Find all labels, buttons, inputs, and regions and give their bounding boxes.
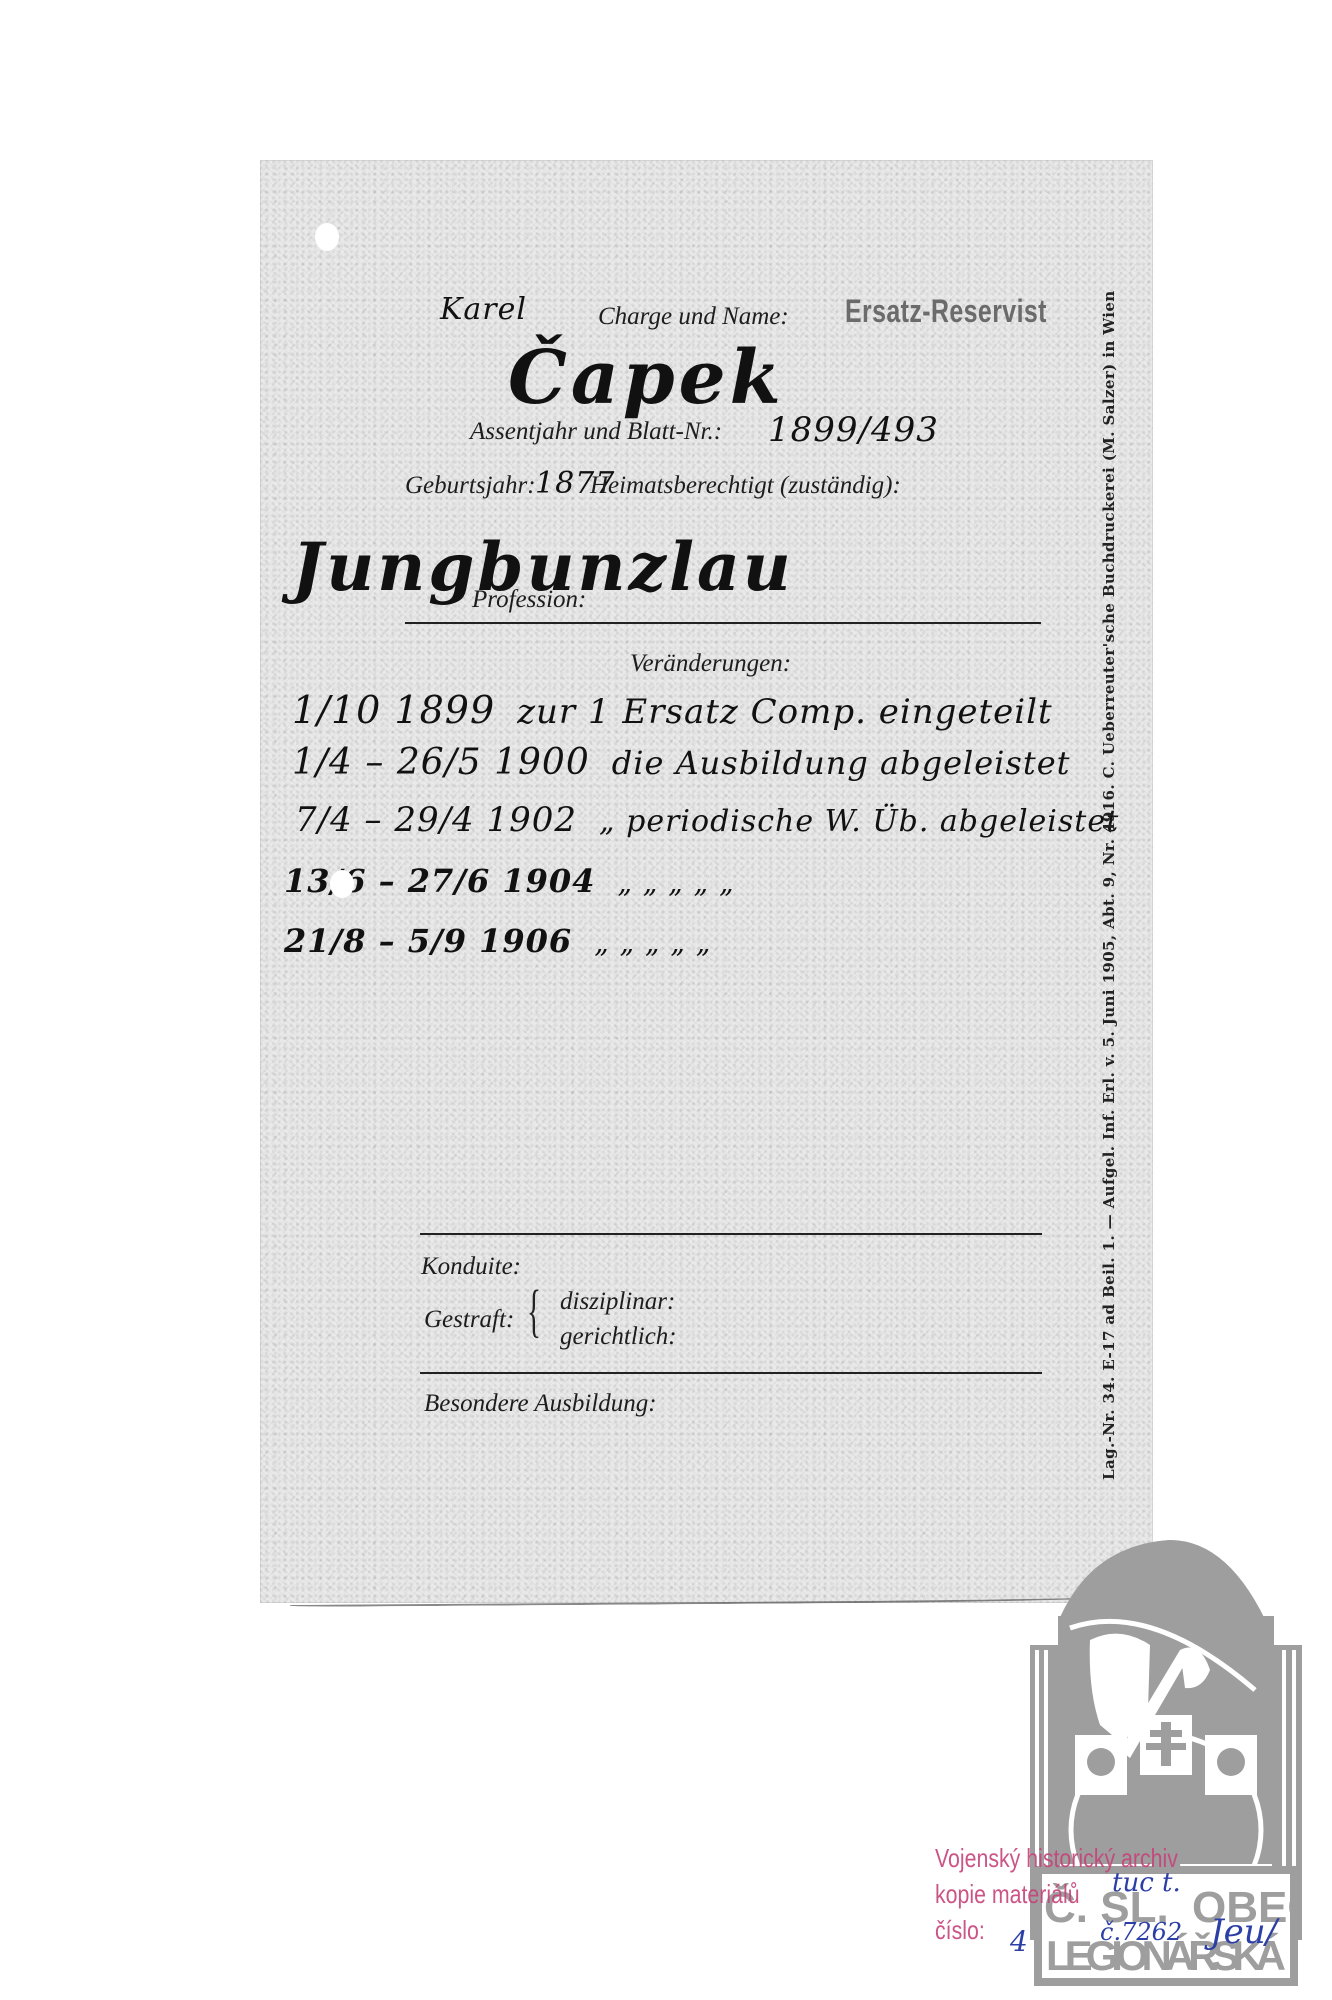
printer-note: Lag.-Nr. 34. E-17 ad Beil. 1. — Aufgel. …: [1100, 290, 1118, 1480]
ausbildung-top-rule: [420, 1372, 1042, 1374]
label-geburtsjahr: Geburtsjahr:: [405, 472, 536, 500]
label-veraenderungen: Veränderungen:: [630, 650, 791, 678]
change-entry: 7/4 – 29/4 1902 „ periodische W. Üb. abg…: [295, 800, 1119, 840]
change-text: „ periodische W. Üb. abgeleistet: [599, 804, 1119, 839]
label-konduite: Konduite:: [421, 1253, 521, 1281]
label-profession: Profession:: [472, 586, 586, 614]
label-heimatsberechtigt: Heimatsberechtigt (zuständig):: [590, 472, 901, 500]
archive-reference-handwritten: č.7262: [1100, 1918, 1182, 1946]
change-entry: 1/10 1899 zur 1 Ersatz Comp. eingeteilt: [292, 688, 1053, 732]
change-date: 21/8 – 5/9 1906: [284, 922, 572, 960]
profession-rule: [405, 622, 1041, 624]
archive-signature: Jeu/: [1210, 1912, 1277, 1952]
label-gestraft: Gestraft:: [424, 1306, 514, 1334]
change-date: 1/4 – 26/5 1900: [292, 742, 590, 783]
archive-number-handwritten: 4: [1010, 1925, 1028, 1958]
change-text: die Ausbildung abgeleistet: [612, 744, 1071, 782]
punch-hole: [315, 223, 339, 251]
brace-symbol: {: [527, 1282, 541, 1340]
label-assentjahr: Assentjahr und Blatt-Nr.:: [470, 418, 722, 446]
change-entry: 21/8 – 5/9 1906 „ „ „ „ „: [284, 922, 711, 960]
rank-stamp: Ersatz-Reservist: [845, 293, 1047, 330]
assentjahr-value: 1899/493: [768, 410, 939, 450]
change-entry: 1/4 – 26/5 1900 die Ausbildung abgeleist…: [292, 742, 1070, 783]
surname-handwritten: Čapek: [508, 335, 785, 421]
change-text: zur 1 Ersatz Comp. eingeteilt: [517, 692, 1053, 732]
label-charge-und-name: Charge und Name:: [598, 303, 789, 331]
archive-note-handwritten: tuc t.: [1112, 1868, 1181, 1898]
first-name-handwritten: Karel: [440, 292, 527, 327]
label-disziplinar: disziplinar:: [560, 1288, 675, 1316]
label-gerichtlich: gerichtlich:: [560, 1323, 677, 1351]
label-besondere-ausbildung: Besondere Ausbildung:: [424, 1390, 657, 1418]
change-text: „ „ „ „ „: [594, 926, 711, 959]
punch-hole: [330, 870, 354, 898]
change-date: 1/10 1899: [292, 688, 495, 732]
change-text: „ „ „ „ „: [617, 866, 734, 899]
change-date: 7/4 – 29/4 1902: [295, 800, 577, 840]
konduite-top-rule: [420, 1233, 1042, 1235]
archive-stamp-number-label: číslo:: [935, 1915, 985, 1945]
